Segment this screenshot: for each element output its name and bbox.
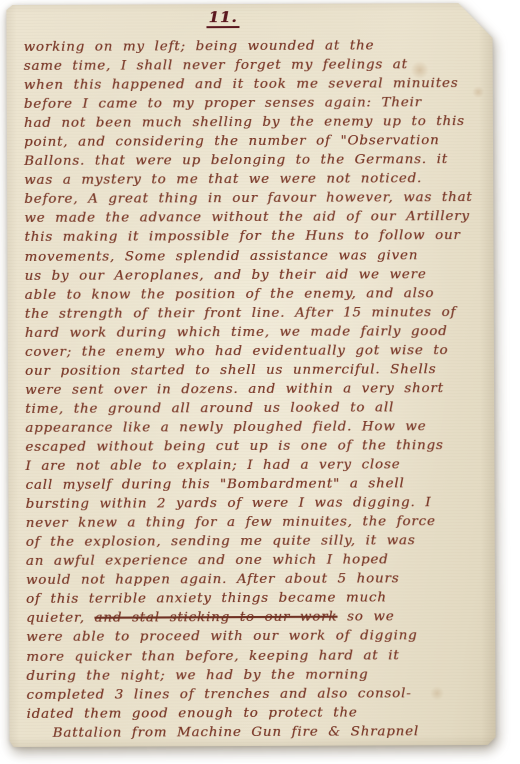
text-line: able to know the position of the enemy, … xyxy=(25,284,482,305)
text-line: Battalion from Machine Gun fire & Shrapn… xyxy=(27,722,484,743)
text-line: this making it impossible for the Huns t… xyxy=(24,226,481,247)
text-line: point, and considering the number of "Ob… xyxy=(24,131,481,152)
text-line: idated them good enough to protect the xyxy=(26,703,483,724)
text-line: never knew a thing for a few minuites, t… xyxy=(26,512,483,533)
text-line: more quicker than before, keeping hard a… xyxy=(26,645,483,666)
text-line: the strength of their front line. After … xyxy=(25,303,482,324)
text-line: were sent over in dozens. and within a v… xyxy=(25,379,482,400)
text-segment: so we xyxy=(337,610,394,625)
text-line: escaped without being cut up is one of t… xyxy=(25,436,482,457)
text-line: before, A great thing in our favour howe… xyxy=(24,188,481,209)
diary-page: 11. working on my left; being wounded at… xyxy=(6,3,495,747)
text-line: was a mystery to me that we were not not… xyxy=(24,169,481,190)
text-line: during the night; we had by the morning xyxy=(26,665,483,686)
text-line: Ballons. that were up belonging to the G… xyxy=(24,150,481,171)
text-line: appearance like a newly ploughed field. … xyxy=(25,417,482,438)
text-line: working on my left; being wounded at the xyxy=(24,36,481,57)
text-line: an awful experience and one which I hope… xyxy=(26,550,483,571)
text-line: our position started to shell us unmerci… xyxy=(25,360,482,381)
text-line: completed 3 lines of trenches and also c… xyxy=(26,684,483,705)
text-line: call myself during this "Bombardment" a … xyxy=(25,474,482,495)
text-line: had not been much shelling by the enemy … xyxy=(24,112,481,133)
text-line: would not happen again. After about 5 ho… xyxy=(26,569,483,590)
text-line: I are not able to explain; I had a very … xyxy=(25,455,482,476)
text-line: same time, I shall never forget my feeli… xyxy=(24,55,481,76)
text-line: quieter, and stal sticking to our work s… xyxy=(26,607,483,628)
text-line: bursting within 2 yards of were I was di… xyxy=(26,493,483,514)
text-line: before I came to my proper senses again:… xyxy=(24,93,481,114)
diary-page-wrapper: 11. working on my left; being wounded at… xyxy=(6,3,495,747)
text-segment: quieter, xyxy=(26,611,94,626)
text-line: hard work during which time, we made fai… xyxy=(25,322,482,343)
text-line: time, the ground all around us looked to… xyxy=(25,398,482,419)
text-line: we made the advance without the aid of o… xyxy=(24,207,481,228)
text-line: were able to proceed with our work of di… xyxy=(26,626,483,647)
text-line: cover; the enemy who had evidentually go… xyxy=(25,341,482,362)
struck-text: and stal sticking to our work xyxy=(94,610,337,626)
page-number: 11. xyxy=(206,9,239,28)
text-line: us by our Aeroplanes, and by their aid w… xyxy=(25,265,482,286)
text-line: when this happened and it took me severa… xyxy=(24,74,481,95)
text-line: of the explosion, sending me quite silly… xyxy=(26,531,483,552)
text-line: of this terrible anxiety things became m… xyxy=(26,588,483,609)
handwritten-text: working on my left; being wounded at the… xyxy=(24,36,484,743)
text-line: movements, Some splendid assistance was … xyxy=(24,246,481,267)
